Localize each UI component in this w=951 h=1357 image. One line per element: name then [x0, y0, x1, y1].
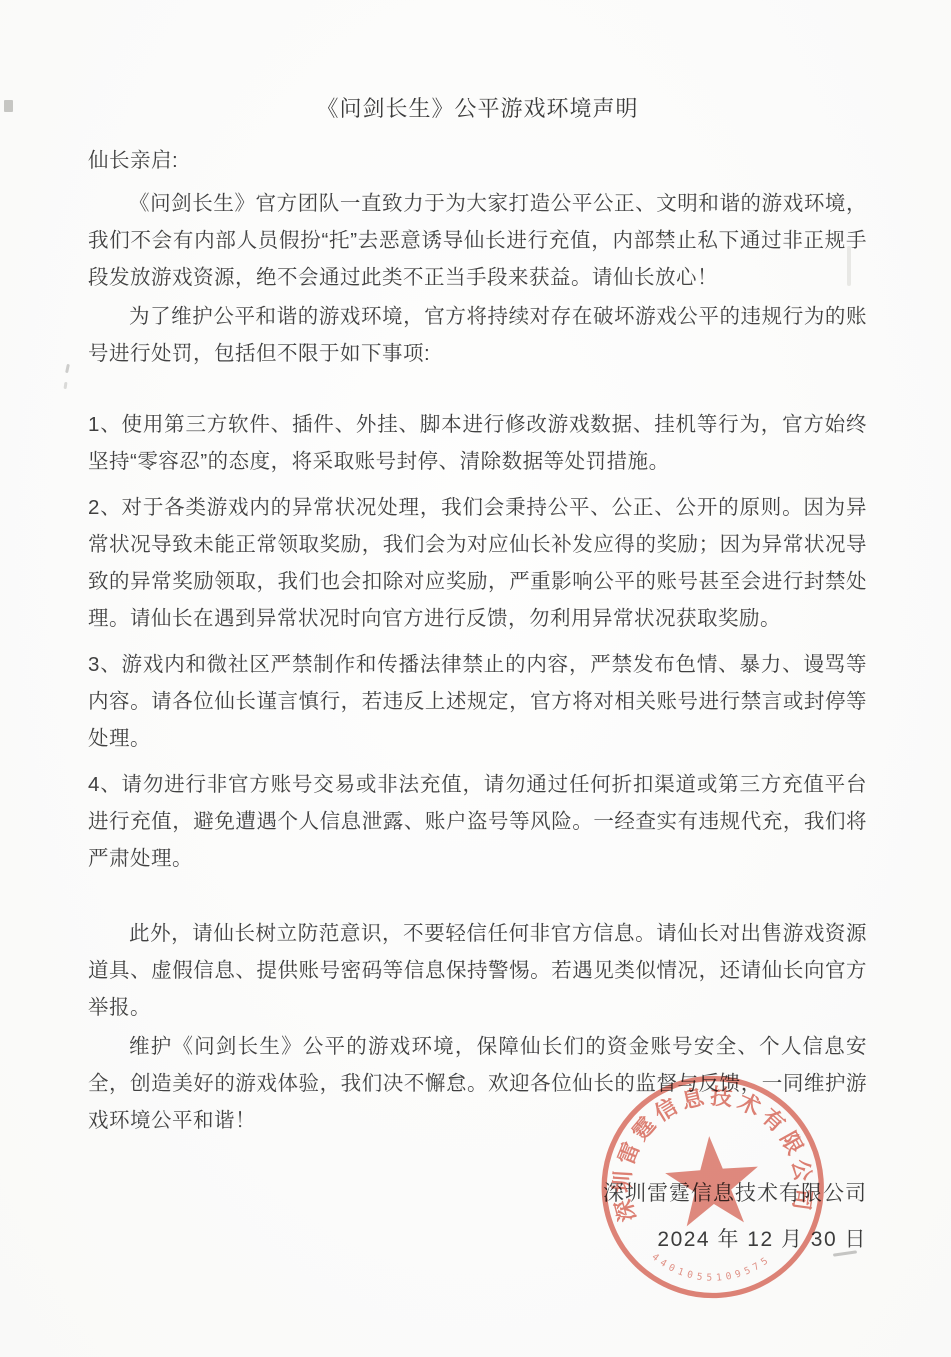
rule-item-2: 2、对于各类游戏内的异常状况处理，我们会秉持公平、公正、公开的原则。因为异常状况…: [88, 489, 867, 637]
scan-artifact: [64, 382, 68, 389]
salutation: 仙长亲启:: [88, 142, 867, 179]
company-seal-stamp: 深圳雷霆信息技术有限公司 4401055109575: [590, 1064, 840, 1314]
seal-star-icon: [663, 1133, 762, 1228]
document-content: 《问剑长生》公平游戏环境声明 仙长亲启: 《问剑长生》官方团队一直致力于为大家打…: [88, 0, 867, 1255]
scan-artifact: [65, 364, 70, 373]
rule-list: 1、使用第三方软件、插件、外挂、脚本进行修改游戏数据、挂机等行为，官方始终坚持“…: [88, 406, 867, 877]
rule-item-1: 1、使用第三方软件、插件、外挂、脚本进行修改游戏数据、挂机等行为，官方始终坚持“…: [88, 406, 867, 480]
closing-paragraph: 此外，请仙长树立防范意识，不要轻信任何非官方信息。请仙长对出售游戏资源道具、虚假…: [88, 915, 867, 1026]
scanned-document-page: 《问剑长生》公平游戏环境声明 仙长亲启: 《问剑长生》官方团队一直致力于为大家打…: [0, 0, 951, 1357]
intro-paragraph: 为了维护公平和谐的游戏环境，官方将持续对存在破坏游戏公平的违规行为的账号进行处罚…: [88, 298, 867, 372]
rule-item-3: 3、游戏内和微社区严禁制作和传播法律禁止的内容，严禁发布色情、暴力、谩骂等内容。…: [88, 646, 867, 757]
intro-paragraph: 《问剑长生》官方团队一直致力于为大家打造公平公正、文明和谐的游戏环境，我们不会有…: [88, 185, 867, 296]
scan-artifact: [4, 100, 13, 112]
seal-serial-number: 4401055109575: [649, 1244, 775, 1289]
rule-item-4: 4、请勿进行非官方账号交易或非法充值，请勿通过任何折扣渠道或第三方充值平台进行充…: [88, 766, 867, 877]
page-title: 《问剑长生》公平游戏环境声明: [88, 0, 867, 124]
